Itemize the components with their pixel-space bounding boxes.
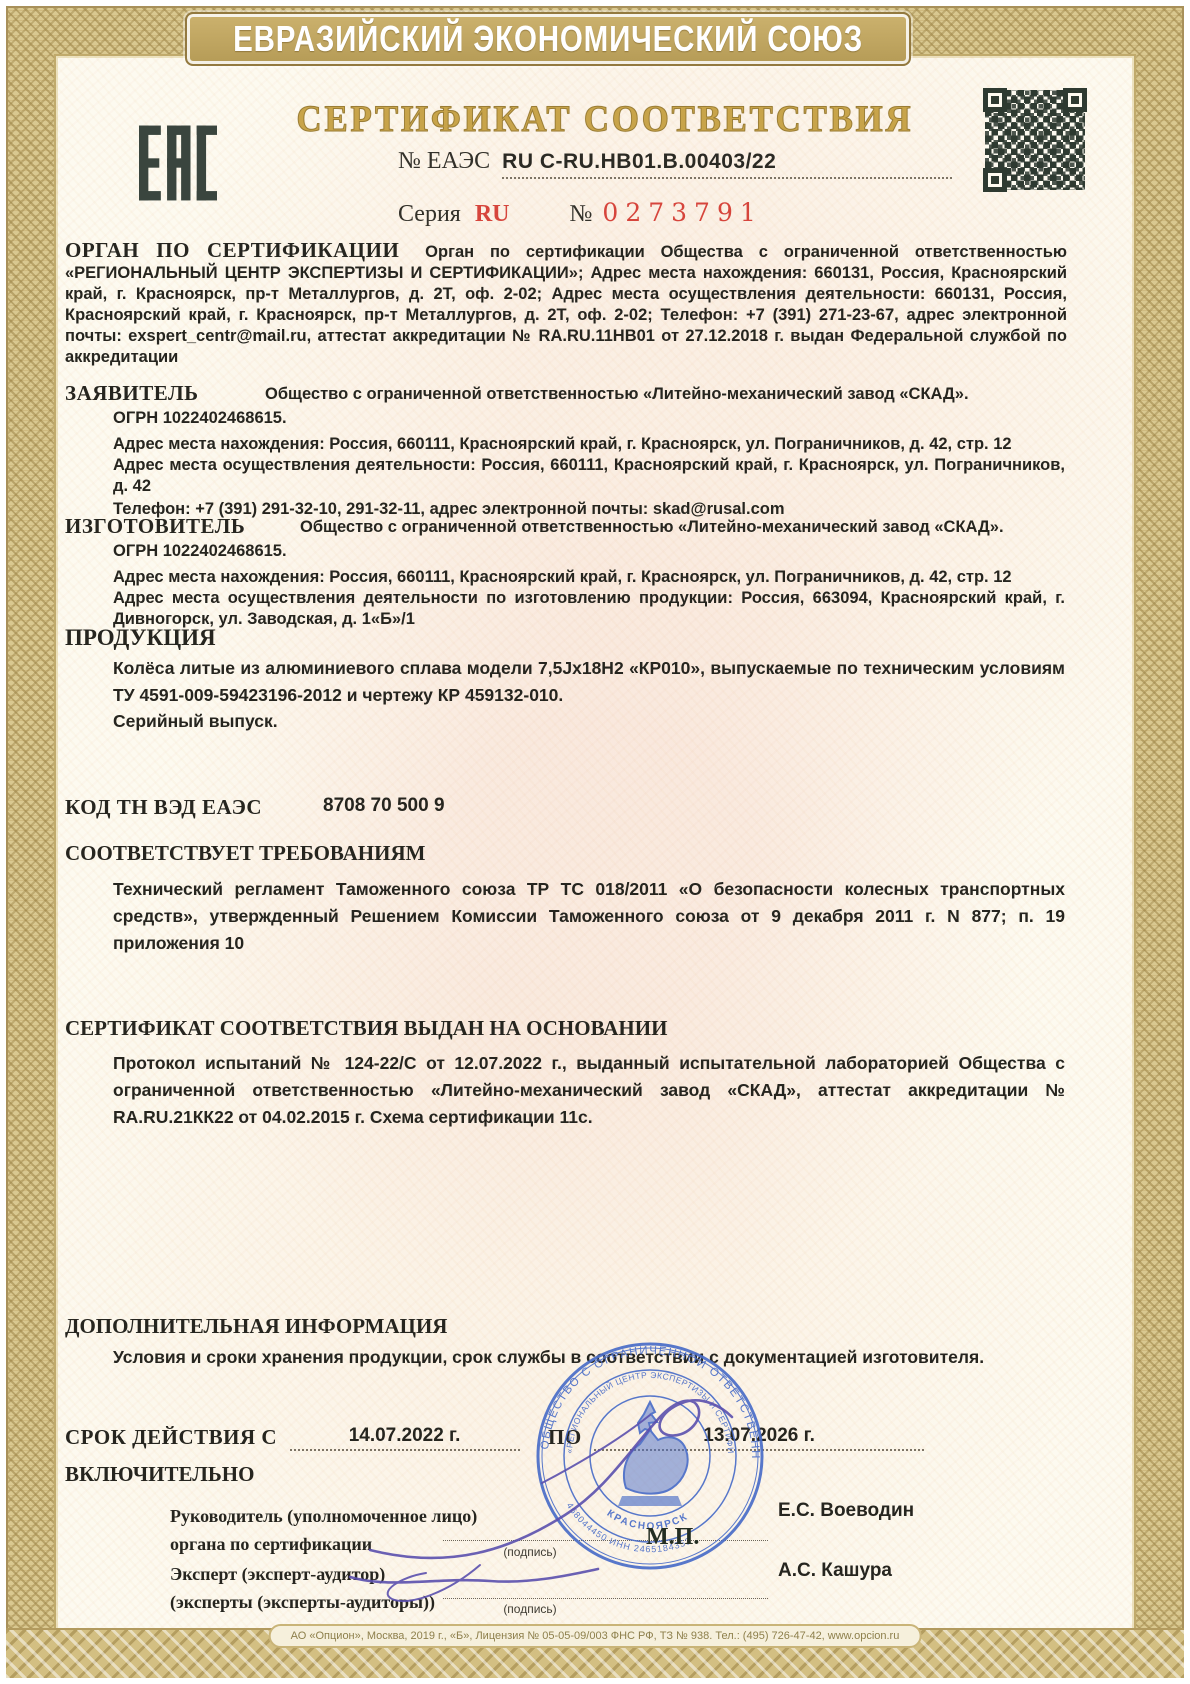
serial-number: 0273791: [602, 198, 762, 227]
manufacturer-address1: Адрес места нахождения: Россия, 660111, …: [113, 567, 1065, 588]
tn-ved-value: 8708 70 500 9: [323, 795, 445, 816]
certificate-number-line: № ЕАЭСRU C-RU.НВ01.В.00403/22: [398, 148, 952, 179]
certificate-page: { "banner": { "title": "ЕВРАЗИЙСКИЙ ЭКОН…: [0, 0, 1190, 1684]
manufacturer-address2: Адрес места осуществления деятельности п…: [113, 588, 1065, 630]
certification-body-heading: ОРГАН ПО СЕРТИФИКАЦИИ: [65, 238, 409, 262]
applicant-heading: ЗАЯВИТЕЛЬ: [65, 381, 265, 406]
basis-text: Протокол испытаний № 124-22/С от 12.07.2…: [113, 1050, 1065, 1131]
product-text: Колёса литые из алюминиевого сплава моде…: [113, 655, 1065, 709]
eaeu-banner: ЕВРАЗИЙСКИЙ ЭКОНОМИЧЕСКИЙ СОЮЗ: [185, 12, 911, 66]
qr-finder-icon: [983, 88, 1007, 112]
eaeu-banner-title: ЕВРАЗИЙСКИЙ ЭКОНОМИЧЕСКИЙ СОЮЗ: [233, 18, 863, 60]
qr-code: [985, 90, 1085, 190]
validity-inclusive: ВКЛЮЧИТЕЛЬНО: [65, 1462, 254, 1487]
applicant-name: Общество с ограниченной ответственностью…: [265, 381, 1065, 405]
series-label: Серия: [398, 201, 461, 227]
manufacturer-section: ИЗГОТОВИТЕЛЬОбщество с ограниченной отве…: [65, 514, 1067, 630]
series-value: RU: [475, 201, 510, 227]
requirements-heading: СООТВЕТСТВУЕТ ТРЕБОВАНИЯМ: [65, 841, 425, 866]
series-line: СерияRU№0273791: [398, 198, 763, 228]
serial-number-sign: №: [570, 201, 593, 227]
applicant-address1: Адрес места нахождения: Россия, 660111, …: [113, 434, 1065, 455]
certificate-number-value: RU C-RU.НВ01.В.00403/22: [502, 150, 952, 179]
qr-finder-icon: [983, 168, 1007, 192]
manufacturer-ogrn: ОГРН 1022402468615.: [113, 541, 1067, 562]
validity-from-label: СРОК ДЕЙСТВИЯ С: [65, 1425, 277, 1450]
applicant-ogrn: ОГРН 1022402468615.: [113, 408, 1067, 429]
applicant-address2: Адрес места осуществления деятельности: …: [113, 455, 1065, 497]
document-title: СЕРТИФИКАТ СООТВЕТСТВИЯ: [276, 98, 934, 141]
basis-heading: СЕРТИФИКАТ СООТВЕТСТВИЯ ВЫДАН НА ОСНОВАН…: [65, 1016, 667, 1041]
manufacturer-name: Общество с ограниченной ответственностью…: [300, 514, 1065, 538]
tn-ved-heading: КОД ТН ВЭД ЕАЭС: [65, 795, 323, 820]
certificate-number-label: № ЕАЭС: [398, 148, 490, 174]
product-heading: ПРОДУКЦИЯ: [65, 625, 216, 651]
applicant-section: ЗАЯВИТЕЛЬОбщество с ограниченной ответст…: [65, 381, 1067, 520]
handwritten-signatures: [330, 1355, 830, 1615]
eac-logo-icon: [139, 113, 217, 218]
additional-info-heading: ДОПОЛНИТЕЛЬНАЯ ИНФОРМАЦИЯ: [65, 1314, 447, 1339]
requirements-text: Технический регламент Таможенного союза …: [113, 876, 1065, 957]
manufacturer-heading: ИЗГОТОВИТЕЛЬ: [65, 514, 300, 539]
qr-finder-icon: [1063, 88, 1087, 112]
product-release: Серийный выпуск.: [113, 708, 1065, 735]
tn-ved-section: КОД ТН ВЭД ЕАЭС8708 70 500 9: [65, 795, 445, 820]
stamp-place-label: М.П.: [646, 1524, 699, 1551]
certification-body-section: ОРГАН ПО СЕРТИФИКАЦИИ Орган по сертифика…: [65, 240, 1067, 368]
printer-imprint: АО «Опцион», Москва, 2019 г., «Б», Лицен…: [269, 1624, 922, 1648]
